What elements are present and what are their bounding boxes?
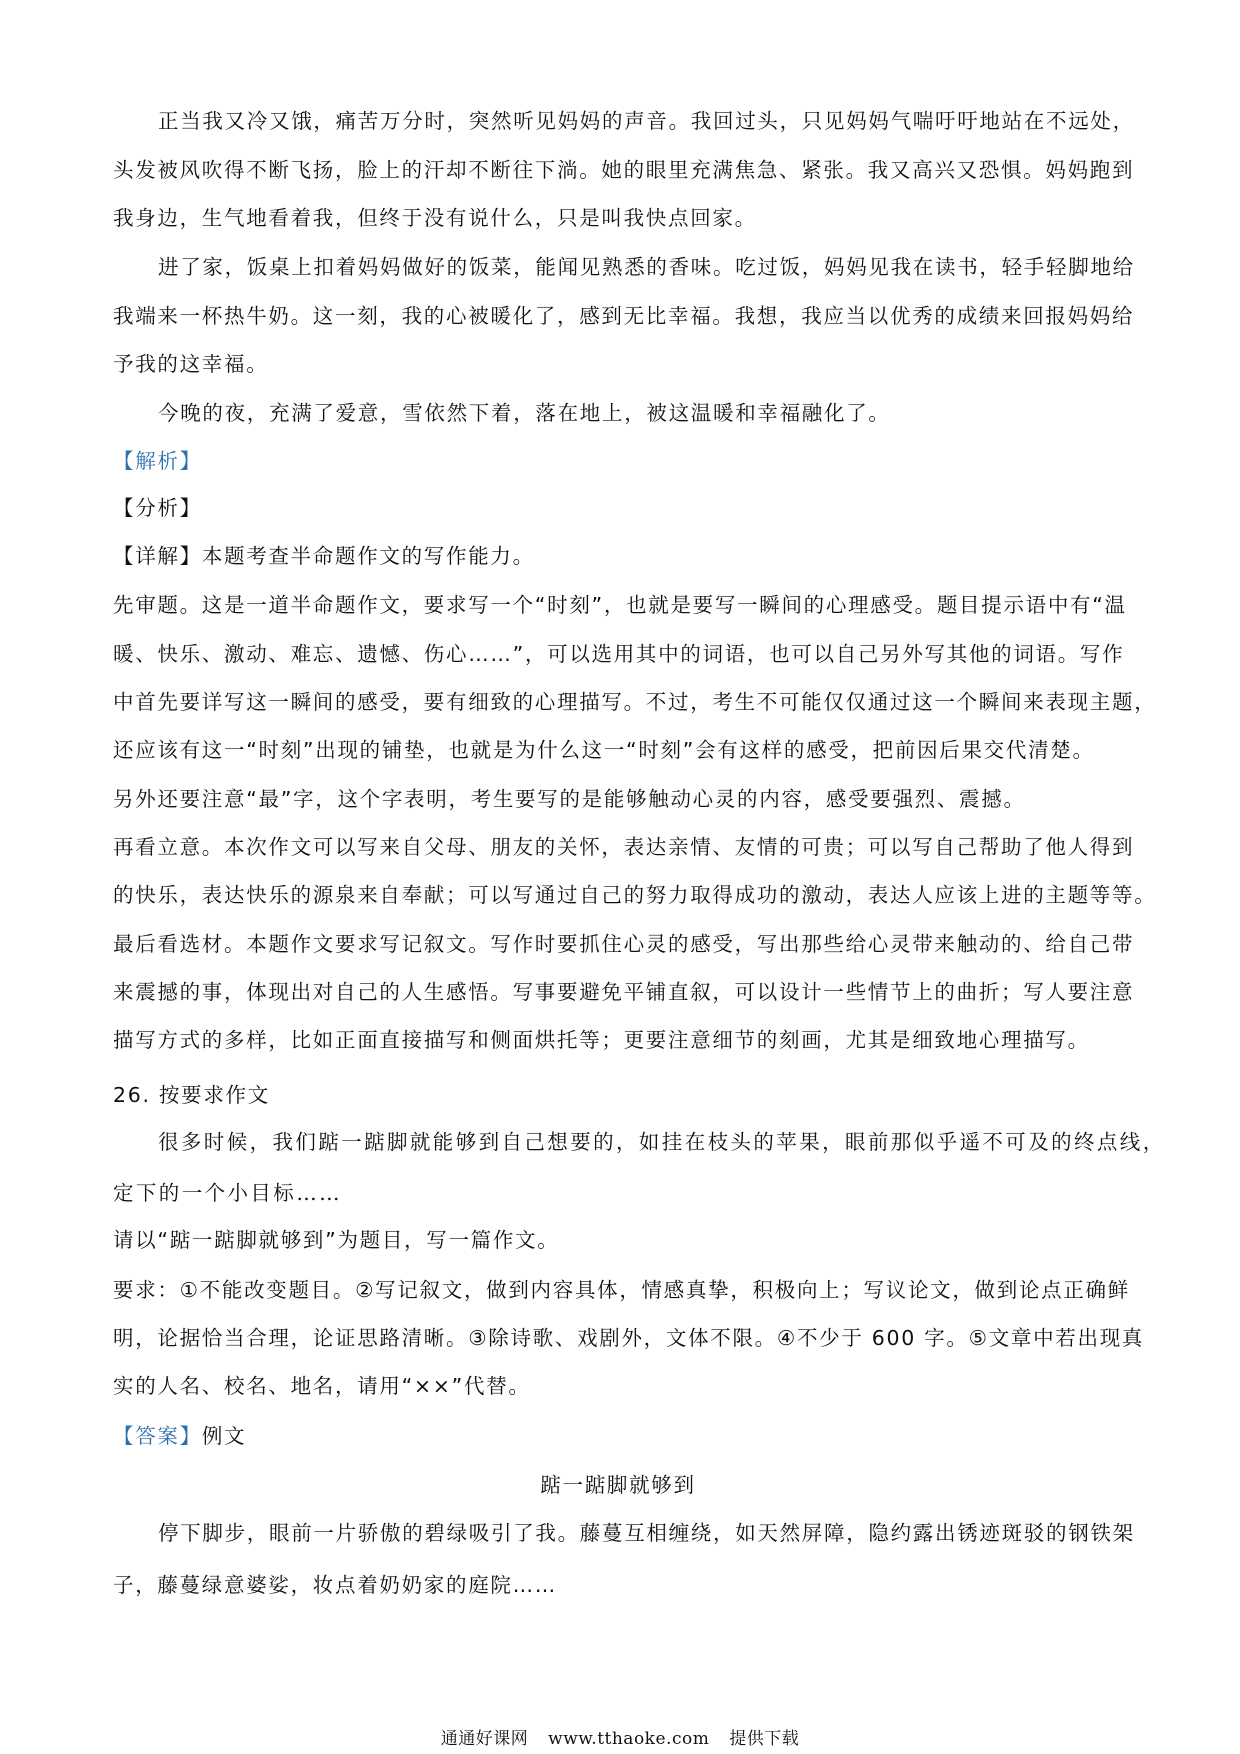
analysis-line: 的快乐，表达快乐的源泉来自奉献；可以写通过自己的努力取得成功的激动，表达人应该上… bbox=[113, 880, 1123, 910]
footer-suffix: 提供下载 bbox=[729, 1729, 799, 1749]
requirement-line: 实的人名、校名、地名，请用“××”代替。 bbox=[113, 1371, 1123, 1401]
analysis-line: 中首先要详写这一瞬间的感受，要有细致的心理描写。不过，考生不可能仅仅通过这一个瞬… bbox=[113, 687, 1123, 717]
analysis-line: 先审题。这是一道半命题作文，要求写一个“时刻”，也就是要写一瞬间的心理感受。题目… bbox=[113, 590, 1123, 620]
requirement-line: 明，论据恰当合理，论证思路清晰。③除诗歌、戏剧外，文体不限。④不少于 600 字… bbox=[113, 1323, 1123, 1353]
story-line: 予我的这幸福。 bbox=[113, 349, 1123, 379]
essay-line: 停下脚步，眼前一片骄傲的碧绿吸引了我。藤蔓互相缠绕，如天然屏障，隐约露出锈迹斑驳… bbox=[158, 1518, 1123, 1548]
story-line: 我端来一杯热牛奶。这一刻，我的心被暖化了，感到无比幸福。我想，我应当以优秀的成绩… bbox=[113, 301, 1123, 331]
page-footer: 通通好课网 www.tthaoke.com 提供下载 bbox=[0, 1724, 1240, 1749]
essay-title: 踮一踮脚就够到 bbox=[113, 1470, 1123, 1500]
story-line: 头发被风吹得不断飞扬，脸上的汗却不断往下淌。她的眼里充满焦急、紧张。我又高兴又恐… bbox=[113, 155, 1123, 185]
answer-heading: 【答案】例文 bbox=[113, 1421, 1123, 1451]
analysis-heading: 【解析】 bbox=[113, 446, 1123, 476]
document-page: 正当我又冷又饿，痛苦万分时，突然听见妈妈的声音。我回过头，只见妈妈气喘吁吁地站在… bbox=[0, 0, 1240, 1754]
story-line: 进了家，饭桌上扣着妈妈做好的饭菜，能闻见熟悉的香味。吃过饭，妈妈见我在读书，轻手… bbox=[158, 252, 1123, 282]
analysis-line: 还应该有这一“时刻”出现的铺垫，也就是为什么这一“时刻”会有这样的感受，把前因后… bbox=[113, 735, 1123, 765]
requirement-line: 要求：①不能改变题目。②写记叙文，做到内容具体，情感真挚，积极向上；写议论文，做… bbox=[113, 1275, 1123, 1305]
fenxi-heading: 【分析】 bbox=[113, 493, 1123, 523]
question-26-heading: 26. 按要求作文 bbox=[113, 1080, 1123, 1110]
story-line: 今晚的夜，充满了爱意，雪依然下着，落在地上，被这温暖和幸福融化了。 bbox=[158, 398, 1123, 428]
answer-label: 【答案】 bbox=[113, 1424, 202, 1448]
story-line: 我身边，生气地看着我，但终于没有说什么，只是叫我快点回家。 bbox=[113, 203, 1123, 233]
fenxi-label: 【分析】 bbox=[113, 496, 202, 520]
analysis-line: 另外还要注意“最”字，这个字表明，考生要写的是能够触动心灵的内容，感受要强烈、震… bbox=[113, 784, 1123, 814]
jiexi-label: 【解析】 bbox=[113, 449, 202, 473]
xiangjie-heading: 【详解】本题考查半命题作文的写作能力。 bbox=[113, 541, 1123, 571]
prompt-line: 定下的一个小目标…… bbox=[113, 1178, 1123, 1208]
essay-line: 子，藤蔓绿意婆娑，妆点着奶奶家的庭院…… bbox=[113, 1570, 1123, 1600]
prompt-line: 很多时候，我们踮一踮脚就能够到自己想要的，如挂在枝头的苹果，眼前那似乎遥不可及的… bbox=[158, 1127, 1123, 1157]
xiangjie-text: 本题考查半命题作文的写作能力。 bbox=[202, 544, 535, 568]
footer-url[interactable]: www.tthaoke.com bbox=[548, 1729, 709, 1749]
footer-site-name: 通通好课网 bbox=[441, 1729, 529, 1749]
analysis-line: 来震撼的事，体现出对自己的人生感悟。写事要避免平铺直叙，可以设计一些情节上的曲折… bbox=[113, 977, 1123, 1007]
answer-text: 例文 bbox=[202, 1424, 246, 1448]
analysis-line: 最后看选材。本题作文要求写记叙文。写作时要抓住心灵的感受，写出那些给心灵带来触动… bbox=[113, 929, 1123, 959]
xiangjie-label: 【详解】 bbox=[113, 544, 202, 568]
analysis-line: 暖、快乐、激动、难忘、遗憾、伤心……”，可以选用其中的词语，也可以自己另外写其他… bbox=[113, 639, 1123, 669]
analysis-line: 描写方式的多样，比如正面直接描写和侧面烘托等；更要注意细节的刻画，尤其是细致地心… bbox=[113, 1025, 1123, 1055]
analysis-line: 再看立意。本次作文可以写来自父母、朋友的关怀，表达亲情、友情的可贵；可以写自己帮… bbox=[113, 832, 1123, 862]
story-line: 正当我又冷又饿，痛苦万分时，突然听见妈妈的声音。我回过头，只见妈妈气喘吁吁地站在… bbox=[158, 106, 1123, 136]
instruction-line: 请以“踮一踮脚就够到”为题目，写一篇作文。 bbox=[113, 1225, 1123, 1255]
